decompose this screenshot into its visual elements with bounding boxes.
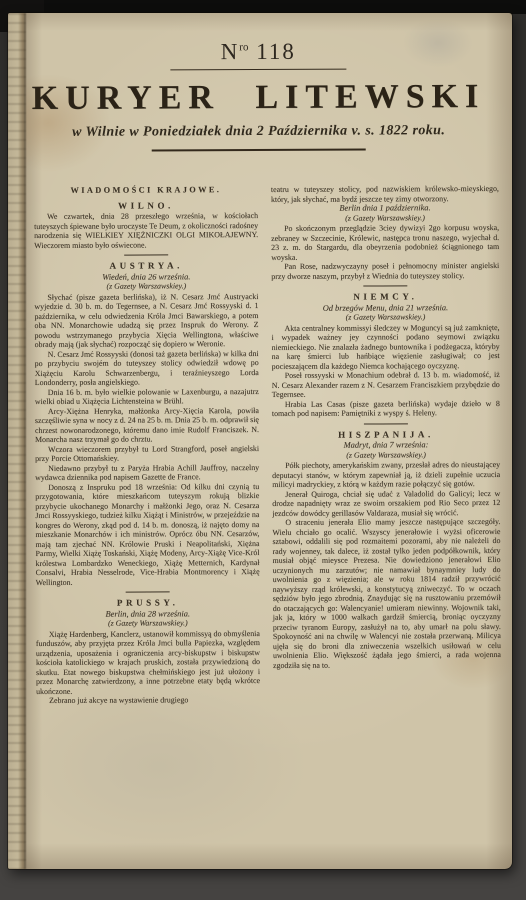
right-column: teatru w tuteyszey stolicy, pod nazwiski… bbox=[271, 184, 501, 704]
section-divider bbox=[126, 591, 170, 592]
masthead-rule bbox=[152, 149, 366, 152]
column-heading: WIADOMOŚCI KRAJOWE. bbox=[34, 185, 258, 195]
issue-number: Nro 118 bbox=[8, 38, 510, 66]
article-paragraph: teatru w tuteyszey stolicy, pod nazwiski… bbox=[271, 184, 499, 204]
page-content: Nro 118 KURYER LITEWSKI w Wilnie w Ponie… bbox=[8, 13, 512, 869]
newspaper-title: KURYER LITEWSKI bbox=[8, 78, 511, 118]
article-paragraph: Jenerał Quiroga, chciał się udać z Valad… bbox=[272, 488, 500, 517]
source-note: (z Gazety Warszawskiey.) bbox=[271, 212, 499, 222]
issue-superscript: ro bbox=[239, 41, 248, 53]
left-column: WIADOMOŚCI KRAJOWE.WILNO.We czwartek, dn… bbox=[34, 185, 260, 705]
article-columns: WIADOMOŚCI KRAJOWE.WILNO.We czwartek, dn… bbox=[34, 184, 501, 706]
issue-rule bbox=[170, 69, 346, 71]
article-paragraph: Pan Rose, nadzwyczayny poseł i pełnomocn… bbox=[271, 261, 499, 281]
article-paragraph: Półk piechoty, amerykańskim zwany, przes… bbox=[272, 460, 500, 489]
source-note: (z Gazety Warszawskiey.) bbox=[272, 449, 500, 459]
article-paragraph: Wczora wieczorem przybył tu Lord Strangf… bbox=[35, 444, 259, 464]
article-paragraph: Arcy-Xiężna Henryka, małżonka Arcy-Xięci… bbox=[35, 406, 259, 445]
section-divider bbox=[364, 423, 408, 424]
article-paragraph: Poseł rossyyski w Monachium odebrał d. 1… bbox=[272, 370, 500, 399]
article-paragraph: Zebrano już akcye na wystawienie drugieg… bbox=[36, 695, 260, 705]
section-divider bbox=[124, 254, 168, 255]
article-paragraph: We czwartek, dnia 28 przeszłego września… bbox=[34, 211, 258, 250]
article-paragraph: O straceniu jenerała Elio mamy jeszcze n… bbox=[272, 517, 501, 670]
masthead: Nro 118 KURYER LITEWSKI w Wilnie w Ponie… bbox=[8, 38, 511, 152]
newspaper-page: Nro 118 KURYER LITEWSKI w Wilnie w Ponie… bbox=[8, 13, 512, 869]
issue-prefix: N bbox=[221, 39, 240, 64]
section-heading: NIEMCY. bbox=[271, 292, 499, 302]
masthead-dateline: w Wilnie w Poniedziałek dnia 2 Październ… bbox=[8, 123, 511, 141]
section-divider bbox=[363, 285, 407, 286]
source-note: (z Gazety Warszawskiey.) bbox=[271, 312, 499, 322]
scan-background-top-band bbox=[0, 0, 526, 14]
article-paragraph: Niedawno przybył tu z Paryża Hrabia Achi… bbox=[35, 463, 259, 483]
article-paragraph: Po skończonym przeglądzie 3ciey dywizyi … bbox=[271, 223, 499, 262]
source-note: (z Gazety Warszawskiey.) bbox=[36, 618, 260, 628]
article-paragraph: Donoszą z Inspruku pod 18 września: Od k… bbox=[35, 482, 259, 587]
issue-value: 118 bbox=[256, 39, 296, 64]
article-paragraph: Hrabia Las Casas (pisze gazeta berlińska… bbox=[272, 398, 500, 418]
article-paragraph: Dnia 16 b. m. było wielkie polowanie w L… bbox=[35, 387, 259, 407]
article-paragraph: Akta centralney kommissyi śledczey w Mog… bbox=[271, 322, 499, 370]
article-paragraph: Xiążę Hardenberg, Kanclerz, ustanowił ko… bbox=[36, 629, 260, 696]
article-paragraph: N. Cesarz Jmć Rossyyski (donosi taż gaze… bbox=[35, 349, 259, 388]
source-note: (z Gazety Warszawskiey.) bbox=[34, 281, 258, 291]
section-heading: PRUSSY. bbox=[36, 598, 260, 608]
section-heading: HISZPANIJA. bbox=[272, 429, 500, 439]
article-paragraph: Słychać (pisze gazeta berlińska), iż N. … bbox=[34, 292, 258, 350]
section-heading: WILNO. bbox=[34, 201, 258, 211]
section-heading: AUSTRYA. bbox=[34, 261, 258, 271]
